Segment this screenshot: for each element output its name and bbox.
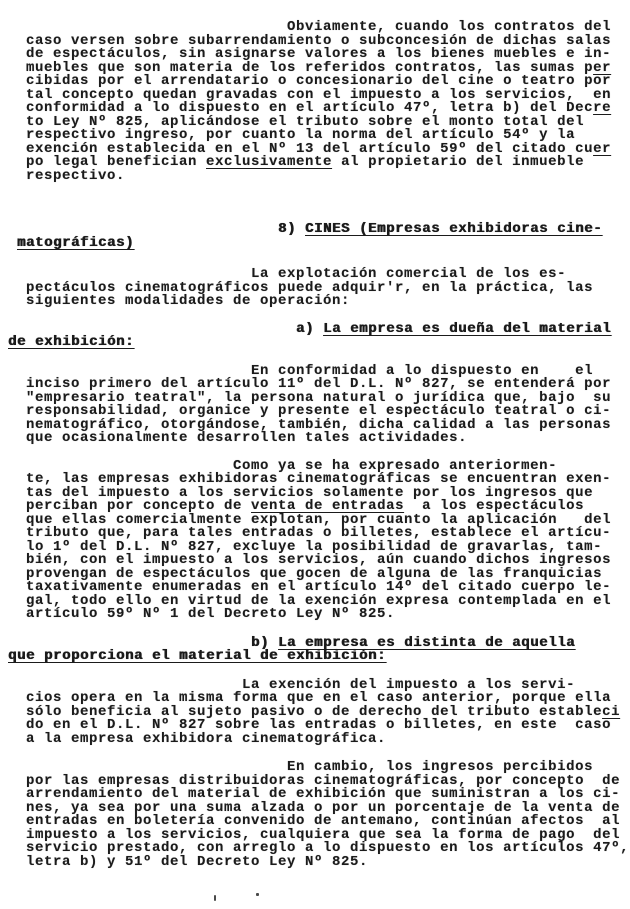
text-line: siguientes modalidades de operación: bbox=[8, 295, 630, 309]
text-segment: letra b) y 51º del Decreto Ley Nº 825. bbox=[8, 854, 368, 870]
text-line: respectivo. bbox=[8, 170, 630, 184]
text-line: letra b) y 51º del Decreto Ley Nº 825. bbox=[8, 856, 630, 870]
paragraph-en-cambio: En cambio, los ingresos percibidos por l… bbox=[8, 761, 630, 869]
heading-a-duena: a) La empresa es dueña del materialde ex… bbox=[8, 323, 630, 350]
underlined-text: re bbox=[593, 100, 611, 116]
underlined-text: que proporciona el material de exhibició… bbox=[8, 648, 386, 664]
text-segment bbox=[8, 235, 17, 251]
document-page: Obviamente, cuando los contratos del cas… bbox=[0, 0, 630, 909]
text-segment: artículo 59º Nº 1 del Decreto Ley Nº 825… bbox=[8, 606, 395, 622]
paragraph-empresario-teatral: En conformidad a lo dispuesto en el inci… bbox=[8, 365, 630, 446]
underlined-text: La empresa es dueña del material bbox=[323, 321, 611, 337]
paragraph-exencion-entradas: Como ya se ha expresado anteriormen- te,… bbox=[8, 460, 630, 622]
text-line: matográficas) bbox=[8, 237, 630, 251]
text-segment: siguientes modalidades de operación: bbox=[8, 293, 350, 309]
underlined-text: matográficas) bbox=[17, 235, 134, 251]
paragraph-explotacion: La explotación comercial de los es- pect… bbox=[8, 268, 630, 309]
paragraph-exencion-opera: La exención del impuesto a los servi- ci… bbox=[8, 679, 630, 747]
underlined-text: er bbox=[593, 141, 611, 157]
heading-b-distinta: b) La empresa es distinta de aquellaque … bbox=[8, 637, 630, 664]
text-segment: que ocasionalmente desarrollen tales act… bbox=[8, 430, 467, 446]
text-line: artículo 59º Nº 1 del Decreto Ley Nº 825… bbox=[8, 608, 630, 622]
paragraph-subarriendo: Obviamente, cuando los contratos del cas… bbox=[8, 21, 630, 183]
heading-8-cines: 8) CINES (Empresas exhibidoras cine- mat… bbox=[8, 223, 630, 250]
ink-speck bbox=[256, 893, 259, 896]
text-segment: a la empresa exhibidora cinematográfica. bbox=[8, 731, 386, 747]
text-line: que proporciona el material de exhibició… bbox=[8, 650, 630, 664]
underlined-text: CINES (Empresas exhibidoras cine- bbox=[305, 221, 602, 237]
text-line: que ocasionalmente desarrollen tales act… bbox=[8, 432, 630, 446]
text-segment: al propietario del inmueble bbox=[332, 154, 584, 170]
text-segment: respectivo. bbox=[8, 168, 125, 184]
underlined-text: de exhibición: bbox=[8, 334, 134, 350]
text-line: a la empresa exhibidora cinematográfica. bbox=[8, 733, 630, 747]
ink-speck bbox=[214, 895, 216, 901]
underlined-text: exclusivamente bbox=[206, 154, 332, 170]
text-line: de exhibición: bbox=[8, 336, 630, 350]
